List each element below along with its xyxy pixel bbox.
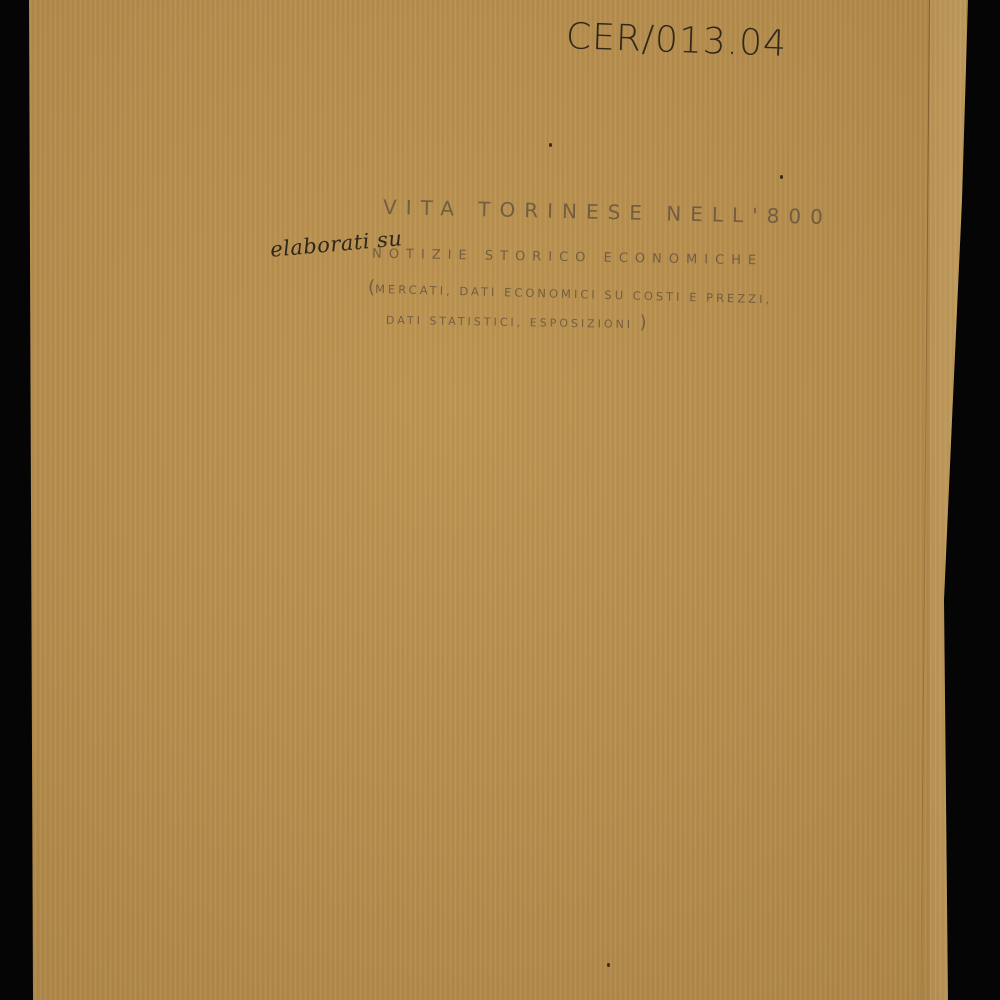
close-paren: ) [639, 312, 646, 333]
paper-speck [780, 175, 783, 179]
details-text-2: DATI STATISTICI, ESPOSIZIONI [386, 314, 633, 331]
inner-sheet-edge [930, 0, 966, 1000]
scan-stage: CER/013.04 VITA TORINESE NELL'800 elabor… [0, 0, 1000, 1000]
kraft-folder-cover [0, 0, 1000, 1000]
archive-code: CER/013.04 [565, 16, 787, 65]
paper-speck [549, 143, 552, 147]
paper-speck [607, 963, 610, 967]
